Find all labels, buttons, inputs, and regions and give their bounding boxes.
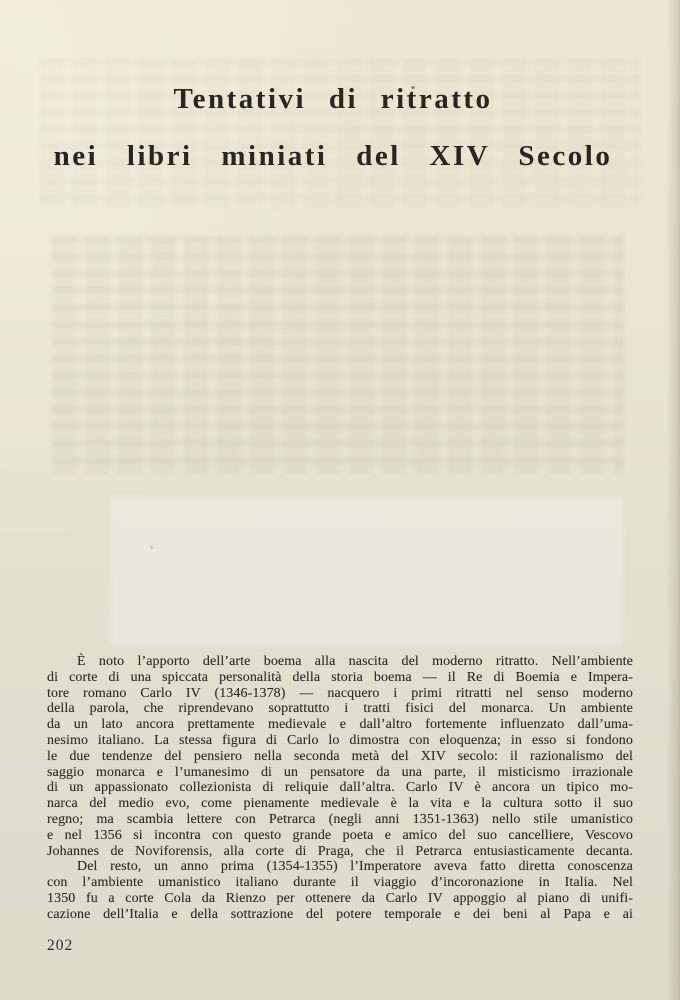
text-line: È noto l’apporto dell’arte boema alla na… [47, 654, 633, 670]
text-line: le due tendenze del pensiero nella secon… [47, 749, 633, 765]
chapter-title: Tentativi di ritratto nei libri miniati … [0, 84, 666, 171]
scanned-book-page: Tentativi di ritratto nei libri miniati … [0, 0, 680, 1000]
page-number: 202 [47, 937, 73, 955]
paragraph-2: Del resto, un anno prima (1354-1355) l’I… [47, 859, 633, 922]
text-line: Del resto, un anno prima (1354-1355) l’I… [47, 859, 633, 875]
text-line: di corte di una spiccata personalità del… [47, 670, 633, 686]
page-edge-shadow [666, 0, 680, 1000]
ink-bleedthrough-texture [52, 236, 624, 474]
text-line: e nel 1356 si incontra con questo grande… [47, 828, 633, 844]
text-line: da un lato ancora prettamente medievale … [47, 717, 633, 733]
scan-speck [150, 546, 153, 549]
text-line: saggio monarca e l’umanesimo di un pensa… [47, 765, 633, 781]
text-line: con l’ambiente umanistico italiano duran… [47, 875, 633, 891]
text-line: Johannes de Noviforensis, alla corte di … [47, 844, 633, 860]
body-text: È noto l’apporto dell’arte boema alla na… [47, 654, 633, 923]
chapter-title-line2: nei libri miniati del XIV Secolo [0, 141, 666, 171]
text-line: cazione dell’Italia e della sottrazione … [47, 907, 633, 923]
text-line: della parola, che riprendevano soprattut… [47, 701, 633, 717]
blank-plate-area [110, 497, 623, 645]
text-line: di un appassionato collezionista di reli… [47, 780, 633, 796]
text-line: tore romano Carlo IV (1346-1378) — nacqu… [47, 686, 633, 702]
chapter-title-line1: Tentativi di ritratto [0, 84, 666, 114]
text-line: regno; ma scambia lettere con Petrarca (… [47, 812, 633, 828]
text-line: narca del medio evo, come pienamente med… [47, 796, 633, 812]
paragraph-1: È noto l’apporto dell’arte boema alla na… [47, 654, 633, 859]
text-line: nesimo italiano. La stessa figura di Car… [47, 733, 633, 749]
text-line: 1350 fu a corte Cola da Rienzo per otten… [47, 891, 633, 907]
